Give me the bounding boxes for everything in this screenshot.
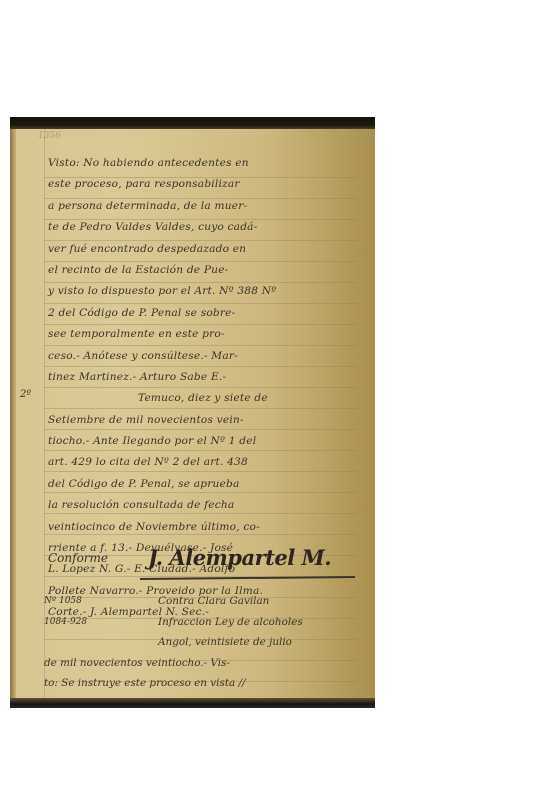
document-photo: 1356 Visto: No habiendo antecedentes en … — [10, 117, 375, 708]
text-line: Temuco, diez y siete de — [48, 388, 363, 409]
text-line: Angol, veintisiete de julio — [158, 632, 292, 653]
binding-shadow-bottom — [10, 698, 375, 708]
binding-shadow-top — [10, 117, 375, 129]
conforme-label: Conforme — [48, 551, 108, 565]
second-entry: Nº 1058 Contra Clara Gavilan 1084-928 In… — [38, 591, 368, 694]
signature: J. Alempartel M. — [148, 545, 331, 570]
text-line: see temporalmente en este pro- — [48, 324, 363, 345]
entry-code: 1084-928 — [44, 612, 87, 633]
margin-note: 2º — [20, 389, 31, 400]
signature-block: Conforme J. Alempartel M. — [48, 547, 368, 579]
text-line: tinez Martinez.- Arturo Sabe E.- — [48, 367, 363, 388]
page-number: 1356 — [38, 131, 61, 141]
text-line: este proceso, para responsabilizar — [48, 174, 363, 195]
text-line: y visto lo dispuesto por el Art. Nº 388 … — [48, 281, 363, 302]
entry-subject: Infraccion Ley de alcoholes — [158, 612, 303, 633]
text-line: veintiocinco de Noviembre último, co- — [48, 517, 363, 538]
page-gutter — [10, 129, 16, 698]
text-line: de mil novecientos veintiocho.- Vis- — [44, 653, 230, 674]
text-line: te de Pedro Valdes Valdes, cuyo cadá- — [48, 217, 363, 238]
text-line: ver fué encontrado despedazado en — [48, 239, 363, 260]
text-line: del Código de P. Penal, se aprueba — [48, 474, 363, 495]
text-line: 2 del Código de P. Penal se sobre- — [48, 303, 363, 324]
text-line: ceso.- Anótese y consúltese.- Mar- — [48, 346, 363, 367]
entry-heading: Contra Clara Gavilan — [158, 591, 269, 612]
text-line: tiocho.- Ante Ilegando por el Nº 1 del — [48, 431, 363, 452]
entry-number: Nº 1058 — [44, 591, 82, 612]
text-line: el recinto de la Estación de Pue- — [48, 260, 363, 281]
text-line: a persona determinada, de la muer- — [48, 196, 363, 217]
text-line: art. 429 lo cita del Nº 2 del art. 438 — [48, 452, 363, 473]
text-line: Visto: No habiendo antecedentes en — [48, 153, 363, 174]
text-line: la resolución consultada de fecha — [48, 495, 363, 516]
text-line: Setiembre de mil novecientos vein- — [48, 410, 363, 431]
text-line: to: Se instruye este proceso en vista // — [44, 673, 246, 694]
